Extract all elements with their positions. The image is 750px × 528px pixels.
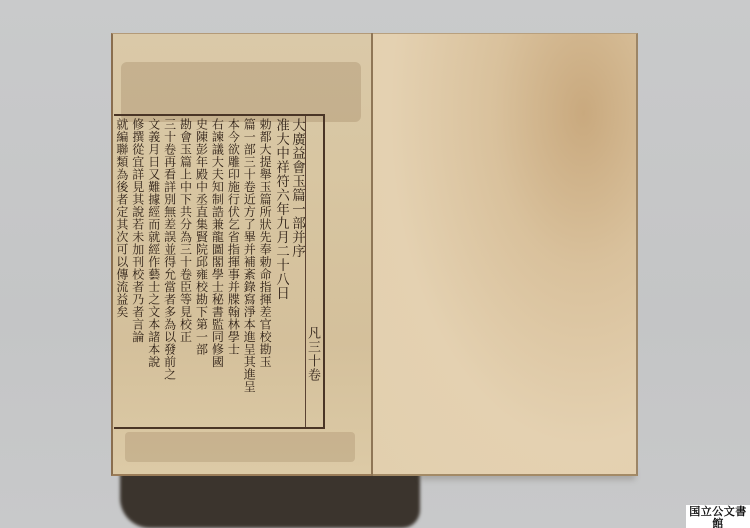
text-column-4: 篇一部三十卷近方了畢并補紊錄寫淨本進呈其進呈 <box>242 118 257 428</box>
text-column-8: 勘會玉篇上中下共分為三十卷臣等見校正 <box>179 118 194 428</box>
left-page: 凡三十卷 大廣益會玉篇一部并序 准大中祥符六年九月二十八日 勅都大提舉玉篇所狀先… <box>111 33 373 476</box>
text-columns: 大廣益會玉篇一部并序 准大中祥符六年九月二十八日 勅都大提舉玉篇所狀先奉勅命指揮… <box>115 118 305 428</box>
open-book: 凡三十卷 大廣益會玉篇一部并序 准大中祥符六年九月二十八日 勅都大提舉玉篇所狀先… <box>111 33 638 476</box>
text-column-3: 勅都大提舉玉篇所狀先奉勅命指揮差官校勘玉 <box>258 118 273 428</box>
text-column-11: 修撰從宜詳見其說若未加刊校者乃者言論 <box>131 118 146 428</box>
text-column-9: 三十卷再看詳別無差誤並得允當者多為以發前之 <box>163 118 178 428</box>
top-margin-stain <box>121 62 361 122</box>
text-column-7: 史陳彭年殿中丞直集賢院邱雍校勘下第一部 <box>195 118 210 428</box>
text-column-2: 准大中祥符六年九月二十八日 <box>274 118 289 428</box>
photo-scene: 凡三十卷 大廣益會玉篇一部并序 准大中祥符六年九月二十八日 勅都大提舉玉篇所狀先… <box>0 0 750 528</box>
text-column-12: 就編聯類為後者定其次可以傳流益矣 <box>115 118 130 428</box>
archive-watermark: 国立公文書館 National Archives of Japan <box>686 505 750 528</box>
volume-count-note: 凡三十卷 <box>307 326 322 382</box>
printed-text-frame: 凡三十卷 大廣益會玉篇一部并序 准大中祥符六年九月二十八日 勅都大提舉玉篇所狀先… <box>114 114 325 429</box>
book-shadow <box>120 470 420 528</box>
text-column-6: 右諫議大夫知制誥兼龍圖閣學士秘書監同修國 <box>210 118 225 428</box>
text-column-5: 本今欲雕印施行伏乞省指揮事并牒翰林學士 <box>226 118 241 428</box>
watermark-japanese: 国立公文書館 <box>686 506 750 528</box>
text-column-1: 大廣益會玉篇一部并序 <box>290 118 305 428</box>
margin-column: 凡三十卷 <box>305 116 323 427</box>
text-column-10: 文義月日又難據經而就經作藝士之文本諸本說 <box>147 118 162 428</box>
right-page-blank <box>373 33 638 476</box>
bottom-margin-stain <box>125 432 355 462</box>
